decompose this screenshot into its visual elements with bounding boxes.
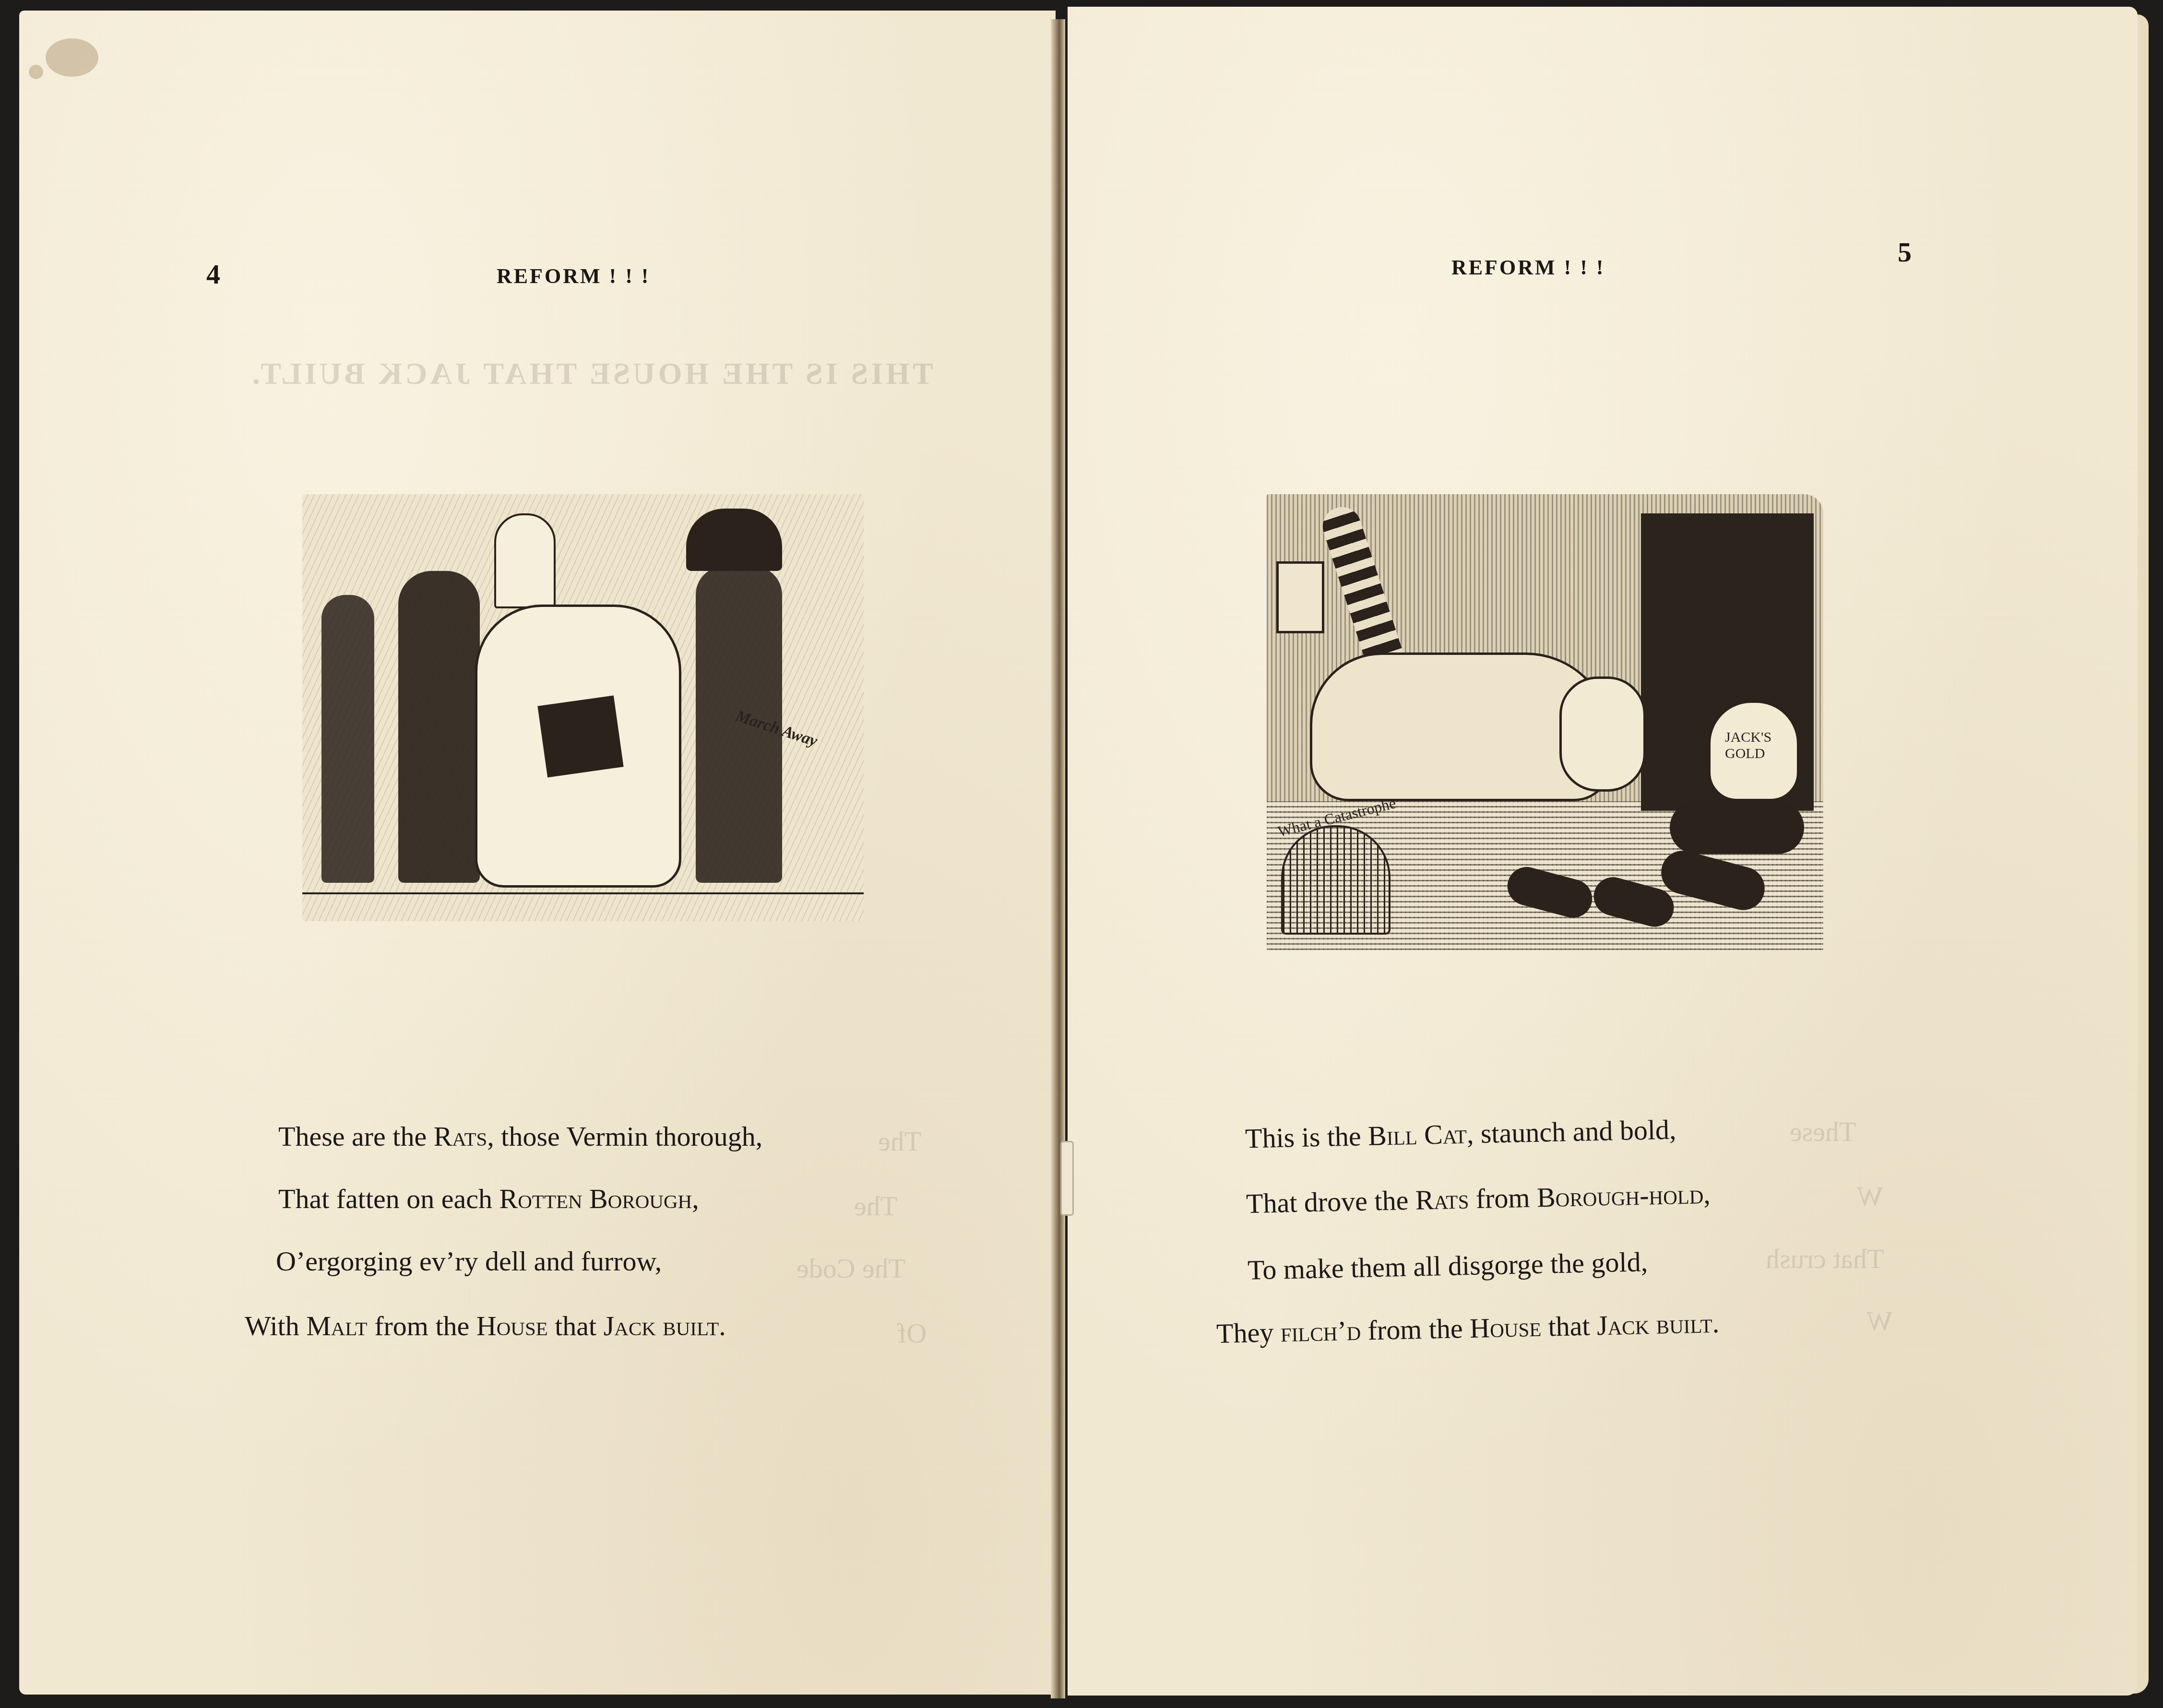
show-through-line: W: [1857, 1180, 1883, 1212]
verse-line-2-left: That fatten on each Rotten Borough,: [278, 1185, 699, 1213]
cat-human-face: [1559, 676, 1646, 792]
verse-line-4-left: With Malt from the House that Jack built…: [245, 1312, 726, 1340]
figure-young-man: [321, 595, 374, 883]
show-through-line: That crush: [1766, 1243, 1884, 1275]
rat: [1670, 801, 1804, 854]
water-stain: [46, 38, 98, 77]
show-through-line: The: [878, 1125, 921, 1157]
figure-soldier-bicorne: [686, 509, 782, 571]
page-number-right: 5: [1898, 236, 1912, 268]
show-through-line: Of: [897, 1317, 927, 1349]
money-bag-jacks-gold: JACK'S GOLD: [1708, 700, 1799, 801]
page-number-left: 4: [206, 258, 220, 290]
figure-clergyman: [398, 571, 480, 883]
barred-window: [1276, 561, 1324, 633]
show-through-line: The Code: [796, 1252, 905, 1284]
verse-line-3-left: O’ergorging ev’ry dell and furrow,: [276, 1247, 662, 1275]
cat-tail: [1318, 502, 1407, 678]
water-stain: [29, 65, 43, 79]
show-through-heading: THIS IS THE HOUSE THAT JACK BUILT.: [250, 356, 933, 391]
show-through-line: These: [1790, 1115, 1856, 1148]
money-bag-label: JACK'S GOLD: [1725, 729, 1797, 762]
running-head-left: REFORM ! ! !: [497, 264, 651, 288]
running-head-right: REFORM ! ! !: [1451, 255, 1605, 280]
illustration-four-figures: March Away: [302, 494, 864, 921]
figure-bishop-mitre: [494, 513, 556, 608]
verse-line-1-left: These are the Rats, those Vermin thoroug…: [278, 1123, 762, 1151]
book-held-by-bishop: [537, 696, 623, 778]
ground-line: [302, 892, 864, 894]
rat-cage: [1281, 825, 1390, 935]
book-gutter: [1051, 19, 1065, 1698]
show-through-line: The: [854, 1190, 897, 1222]
binding-staple: [1060, 1141, 1074, 1216]
illustration-cat-and-rats: JACK'S GOLD What a Catastrophe: [1267, 494, 1823, 950]
show-through-line: W: [1866, 1305, 1893, 1337]
